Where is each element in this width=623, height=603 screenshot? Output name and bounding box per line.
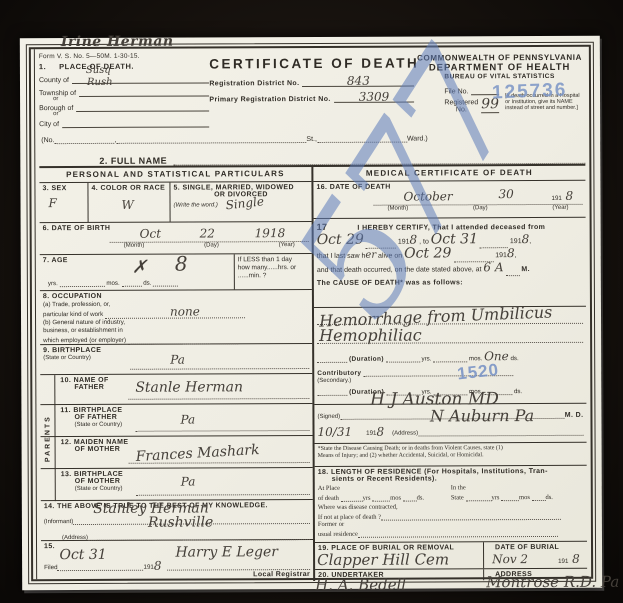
- county-label: County of: [39, 77, 69, 84]
- informant-label: (Informant): [44, 519, 73, 525]
- undertaker-address-cell: ADDRESS Montrose R.D. Pa: [483, 569, 587, 580]
- dob-label: 6. DATE OF BIRTH: [43, 225, 111, 232]
- residence-label-2: sients or Recent Residents).: [332, 475, 584, 483]
- township-line: Township of Rush: [39, 86, 209, 97]
- primary-reg-value: 3309: [359, 90, 390, 104]
- or-label-2: or: [53, 111, 209, 117]
- certify-row: 17 I HEREBY CERTIFY, That I attended dec…: [314, 218, 586, 308]
- birthplace-row: 9. BIRTHPLACE (State or Country) Pa: [40, 344, 312, 375]
- father-name-row: 10. NAME OF FATHER Stanle Herman: [40, 374, 312, 405]
- res-ds: ds.: [417, 495, 424, 502]
- full-name-label: 2. FULL NAME: [99, 156, 167, 166]
- certify-line-4a: and that death occurred, on the date sta…: [317, 266, 482, 274]
- duration-yrs: yrs.: [421, 356, 431, 363]
- commonwealth-block: COMMONWEALTH OF PENNSYLVANIA DEPARTMENT …: [414, 49, 585, 128]
- signed-label: (Signed): [317, 414, 340, 420]
- age-units: yrs. mos. ds.: [48, 277, 178, 288]
- reg-district-value: 843: [347, 74, 370, 88]
- burial-date-value: Nov 2: [492, 554, 528, 564]
- form-number: Form V. S. No. 5—50M. 1-30-15.: [39, 52, 209, 60]
- primary-registration-line: Primary Registration District No. 3309: [209, 92, 414, 104]
- parents-section: PARENTS 10. NAME OF FATHER Stanle Herman…: [40, 374, 313, 501]
- dob-year-hint: (Year): [279, 242, 295, 248]
- certify-saw-value: Oct 29: [404, 245, 451, 261]
- certify-hour-value: 6 A: [483, 260, 503, 274]
- occupation-a1: (a) Trade, profession, or,: [43, 301, 110, 308]
- marital-value: Single: [225, 196, 264, 210]
- undertaker-row: 20. UNDERTAKER H. A. Bedell ADDRESS Mont…: [315, 569, 587, 581]
- duration-ds: ds.: [510, 355, 518, 362]
- marital-hint: (Write the word.): [174, 202, 218, 208]
- informant-row: 14. THE ABOVE IS TRUE TO THE BEST OF MY …: [41, 500, 313, 541]
- primary-reg-label: Primary Registration District No.: [209, 96, 330, 104]
- father-bp-label-2: OF FATHER: [74, 414, 117, 421]
- duration-label: (Duration): [349, 356, 384, 363]
- father-name-label-2: FATHER: [74, 384, 104, 391]
- mother-birthplace-row: 13. BIRTHPLACE OF MOTHER (State or Count…: [41, 468, 313, 501]
- marital-cell: 5. SINGLE, MARRIED, WIDOWED OR DIVORCED …: [169, 182, 311, 222]
- md-label: M. D.: [565, 412, 584, 419]
- file-no-label: File No.: [444, 88, 468, 95]
- occupation-b1: (b) General nature of industry,: [43, 319, 125, 326]
- contracted-2: If not at place of death ?: [318, 514, 381, 521]
- father-birthplace-row: 11. BIRTHPLACE OF FATHER (State or Count…: [40, 404, 312, 437]
- local-registrar-label: Local Registrar: [44, 571, 310, 579]
- place-of-death-block: Form V. S. No. 5—50M. 1-30-15. 1. PLACE …: [39, 50, 210, 129]
- occupation-value: none: [170, 306, 200, 316]
- less-than-day-cell: If LESS than 1 day how many......hrs. or…: [234, 254, 312, 289]
- certify-year-printed-1: 191: [398, 238, 410, 245]
- signed-row: (Signed) H J Auston MD M. D. 10/31 1918 …: [314, 404, 586, 444]
- res-mos-2: mos: [519, 494, 530, 501]
- reg-district-label: Registration District No.: [209, 80, 299, 87]
- age-row: 7. AGE yrs. mos. ds. ✗: [40, 254, 312, 291]
- registered-no-label: Registered No.: [444, 99, 478, 113]
- certify-year-printed-2: 191: [510, 238, 522, 245]
- city-line: City of: [39, 117, 209, 128]
- dod-month-value: October: [403, 191, 452, 201]
- burial-year-printed: 191: [558, 558, 568, 565]
- sex-race-marital-row: 3. SEX F 4. COLOR OR RACE W 5. SINGLE, M…: [39, 182, 311, 223]
- res-yrs-2: yrs: [491, 494, 499, 501]
- medical-title: MEDICAL CERTIFICATE OF DEATH: [313, 166, 585, 182]
- mother-bp-label-2: OF MOTHER: [75, 478, 121, 485]
- informant-address-value: Rushville: [148, 517, 213, 527]
- street-st-label: St.,: [306, 136, 317, 143]
- county-value: Susq: [86, 66, 111, 76]
- former-2: usual residence: [318, 531, 358, 538]
- at-place-block: At Place of death yrs mos ds.: [318, 485, 451, 503]
- full-name-line: 2. FULL NAME Irine Herman: [39, 142, 585, 166]
- father-bp-hint: (State or Country): [74, 422, 122, 428]
- date-of-birth-row: 6. DATE OF BIRTH Oct 22 1918 (Month) (Da…: [40, 222, 312, 255]
- photo-of-death-certificate: { "colors": {"paper": "#f2f0e7", "ink": …: [0, 0, 623, 603]
- age-mos-value: ✗: [132, 263, 147, 273]
- occupation-b2: business, or establishment in: [43, 327, 123, 334]
- registration-district-line: Registration District No. 843: [209, 76, 414, 88]
- medical-certificate-column: MEDICAL CERTIFICATE OF DEATH 16. DATE OF…: [313, 166, 587, 581]
- footnote-row: *State the Disease Causing Death; or in …: [315, 443, 587, 468]
- mother-name-row: 12. MAIDEN NAME OF MOTHER Frances Mashar…: [41, 436, 313, 469]
- section-1-number: 1.: [39, 62, 46, 71]
- signed-address-label: (Address): [392, 431, 418, 437]
- undertaker-value: H. A. Bedell: [315, 580, 406, 590]
- res-mos: mos: [390, 495, 401, 502]
- burial-year-value: 8: [572, 554, 580, 564]
- occupation-label: 8. OCCUPATION: [43, 292, 309, 300]
- street-no-label: (No.: [41, 137, 54, 144]
- sex-label: 3. SEX: [42, 185, 84, 192]
- certify-year-value-2: 8: [522, 232, 530, 246]
- filed-date-value: Oct 31: [59, 550, 106, 560]
- physician-signature: H J Auston MD: [370, 394, 499, 405]
- mother-bp-hint: (State or Country): [75, 486, 123, 492]
- in-the-2: State: [451, 495, 464, 502]
- father-name-value: Stanle Herman: [135, 382, 243, 392]
- full-name-value: Irine Herman: [61, 37, 174, 47]
- res-ds-2: ds.: [545, 494, 552, 501]
- occupation-b3: which employed (or employer): [43, 337, 126, 344]
- certify-to-label: , to: [419, 238, 429, 245]
- signed-year-printed: 191: [366, 430, 376, 437]
- age-yrs-label: yrs.: [48, 280, 58, 287]
- certify-section-no: 17: [317, 222, 328, 232]
- borough-line: Borough of: [39, 101, 209, 112]
- race-cell: 4. COLOR OR RACE W: [87, 183, 169, 222]
- dod-month-hint: (Month): [388, 206, 409, 212]
- dod-year-hint: (Year): [552, 205, 568, 211]
- sex-value: F: [48, 198, 84, 208]
- certify-comma-3: ,: [515, 252, 517, 259]
- township-value: Rush: [87, 78, 113, 88]
- contributory-label: Contributory: [317, 370, 361, 377]
- residence-row: 18. LENGTH OF RESIDENCE (For Hospitals, …: [315, 466, 587, 543]
- certify-comma-2: ,: [529, 238, 531, 245]
- in-state-block: In the State yrs mos ds.: [451, 484, 584, 502]
- section-1-heading: 1. PLACE OF DEATH.: [39, 61, 209, 71]
- file-number-stamp: 125736: [491, 80, 567, 105]
- at-place-2: of death: [318, 495, 339, 502]
- less-note-3: ......min. ?: [238, 272, 309, 280]
- dod-label: 16. DATE OF DEATH: [316, 184, 390, 191]
- undertaker-address-value: Montrose R.D. Pa: [486, 577, 619, 588]
- burial-row: 19. PLACE OF BURIAL OR REMOVAL Clapper H…: [315, 542, 587, 570]
- personal-title: PERSONAL AND STATISTICAL PARTICULARS: [39, 167, 311, 183]
- county-line: County of Susq: [39, 73, 209, 84]
- filed-year-printed: 191: [144, 564, 154, 571]
- certificate-title: CERTIFICATE OF DEATH: [209, 56, 414, 72]
- burial-date-cell: DATE OF BURIAL Nov 2 191 8: [483, 542, 587, 569]
- printed-frame-inner: Form V. S. No. 5—50M. 1-30-15. 1. PLACE …: [29, 45, 593, 581]
- burial-place-cell: 19. PLACE OF BURIAL OR REMOVAL Clapper H…: [315, 542, 483, 569]
- undertaker-cell: 20. UNDERTAKER H. A. Bedell: [315, 569, 483, 581]
- residence-label-1: 18. LENGTH OF RESIDENCE (For Hospitals, …: [318, 468, 584, 476]
- certify-line-3a: that I last saw h: [317, 253, 366, 260]
- city-label: City of: [39, 121, 59, 128]
- occupation-a2: particular kind of work: [43, 311, 103, 318]
- res-yrs: yrs: [363, 495, 371, 502]
- signed-date-value: 10/31: [317, 427, 352, 437]
- date-of-death-row: 16. DATE OF DEATH October 30 191 8 (Mont…: [313, 181, 585, 219]
- certify-m-label: M.: [521, 266, 530, 273]
- dob-year-value: 1918: [255, 228, 286, 238]
- registrar-signature: Harry E Leger: [175, 547, 278, 557]
- birthplace-label: 9. BIRTHPLACE: [43, 347, 101, 354]
- certify-her: er: [365, 250, 376, 261]
- certify-line-3b: alive on: [378, 253, 402, 260]
- title-block: CERTIFICATE OF DEATH Registration Distri…: [209, 50, 414, 129]
- age-ds-label: ds.: [143, 280, 151, 287]
- dob-day-hint: (Day): [204, 242, 219, 248]
- certify-from-value: Oct 29: [317, 232, 364, 248]
- race-value: W: [122, 200, 167, 210]
- duration2-ds: ds.: [514, 388, 522, 395]
- burial-place-value: Clapper Hill Cem: [317, 554, 449, 565]
- secondary-label: (Secondary.): [317, 378, 351, 384]
- certify-year-printed-3: 191: [495, 252, 507, 259]
- physician-address-value: N Auburn Pa: [430, 411, 534, 421]
- sex-cell: 3. SEX F: [39, 183, 87, 222]
- street-ward-label: Ward.): [407, 135, 428, 142]
- age-ds-value: 8: [175, 259, 188, 269]
- certify-year-value-1: 8: [409, 232, 417, 246]
- mother-name-label-2: OF MOTHER: [75, 446, 121, 453]
- dob-month-hint: (Month): [124, 243, 145, 249]
- informant-value: Stanley Herman: [93, 503, 209, 514]
- personal-particulars-column: PERSONAL AND STATISTICAL PARTICULARS 3. …: [39, 167, 315, 582]
- burial-date-label: DATE OF BURIAL: [495, 544, 584, 551]
- department-label: DEPARTMENT OF HEALTH: [414, 62, 585, 74]
- header: Form V. S. No. 5—50M. 1-30-15. 1. PLACE …: [39, 49, 585, 129]
- occupation-row: 8. OCCUPATION (a) Trade, profession, or,…: [40, 290, 312, 345]
- birthplace-hint: (State or Country): [43, 355, 91, 361]
- dob-day-value: 22: [200, 228, 215, 238]
- mother-bp-value: Pa: [181, 477, 196, 487]
- filed-label: Filed: [44, 564, 57, 571]
- dod-day-hint: (Day): [473, 205, 488, 211]
- filed-row: 15. Filed Oct 31 191 8 Harry E Leger: [41, 540, 313, 582]
- cause-heading: The CAUSE OF DEATH* was as follows:: [317, 279, 463, 287]
- age-cell: 7. AGE yrs. mos. ds. ✗: [40, 254, 234, 290]
- filed-year-value: 8: [154, 561, 162, 571]
- dod-year-value: 8: [565, 191, 573, 201]
- footnote-line-2: Means of Injury; and (2) whether Acciden…: [318, 452, 584, 460]
- certify-year-value-3: 8: [507, 246, 515, 260]
- signed-year-value: 8: [376, 427, 384, 437]
- race-label: 4. COLOR OR RACE: [91, 185, 166, 192]
- father-bp-value: Pa: [180, 415, 195, 425]
- dod-day-value: 30: [498, 189, 513, 199]
- certificate-paper: Form V. S. No. 5—50M. 1-30-15. 1. PLACE …: [20, 36, 602, 591]
- printed-frame-outer: Form V. S. No. 5—50M. 1-30-15. 1. PLACE …: [26, 42, 596, 584]
- dob-month-value: Oct: [140, 229, 161, 239]
- dod-year-printed: 191: [551, 195, 561, 202]
- birthplace-value: Pa: [170, 355, 185, 365]
- mother-name-value: Frances Mashark: [135, 445, 259, 462]
- age-mos-label: mos.: [106, 280, 119, 287]
